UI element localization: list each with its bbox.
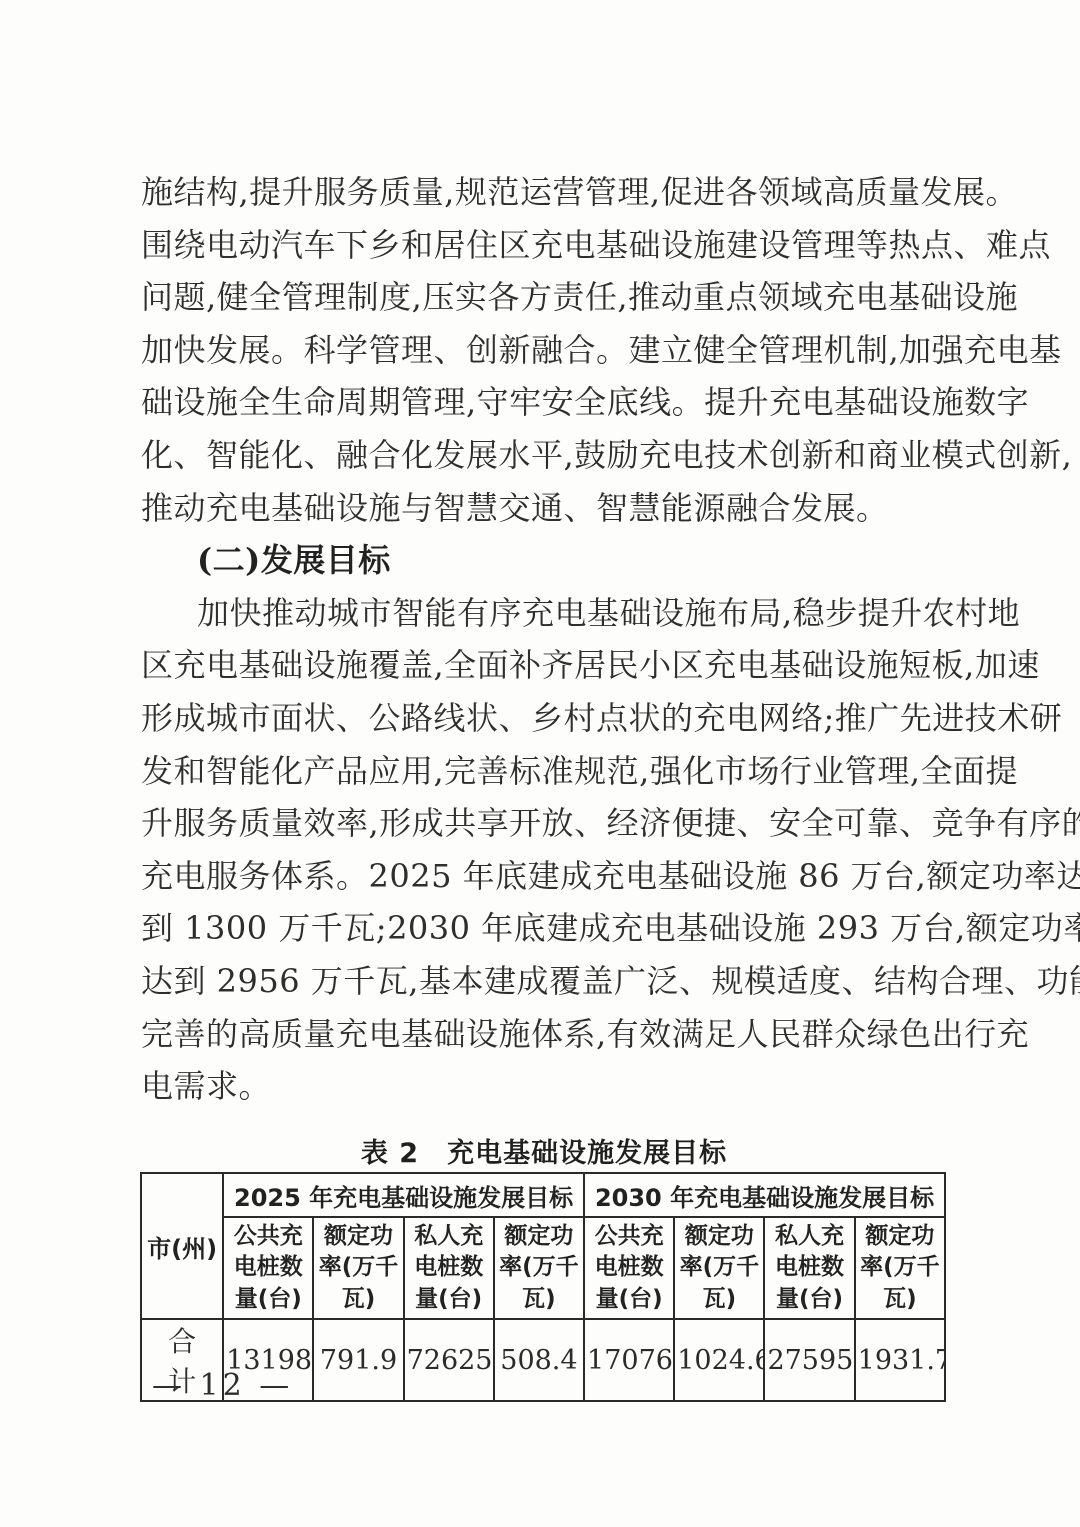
value-cell: 1931.7 — [855, 1319, 945, 1401]
page-number: — 12 — — [152, 1368, 293, 1403]
paragraph-line: 区充电基础设施覆盖,全面补齐居民小区充电基础设施短板,加速 — [141, 639, 947, 692]
value-cell: 170765 — [584, 1319, 674, 1401]
paragraph-line: 推动充电基础设施与智慧交通、智慧能源融合发展。 — [141, 482, 947, 535]
value-cell: 726259 — [404, 1319, 494, 1401]
section-heading: (二)发展目标 — [141, 534, 947, 587]
paragraph-line: 础设施全生命周期管理,守牢安全底线。提升充电基础设施数字 — [141, 376, 947, 429]
value-cell: 2759529 — [764, 1319, 854, 1401]
paragraph-line: 达到 2956 万千瓦,基本建成覆盖广泛、规模适度、结构合理、功能 — [141, 955, 947, 1008]
corner-header-region: 市(州) — [141, 1173, 223, 1319]
paragraph-line: 形成城市面状、公路线状、乡村点状的充电网络;推广先进技术研 — [141, 692, 947, 745]
value-cell: 508.4 — [494, 1319, 584, 1401]
paragraph-line: 充电服务体系。2025 年底建成充电基础设施 86 万台,额定功率达 — [141, 850, 947, 903]
column-header-private-piles-2030: 私人充电桩数量(台) — [764, 1217, 854, 1319]
body-text: 施结构,提升服务质量,规范运营管理,促进各领域高质量发展。 围绕电动汽车下乡和居… — [141, 166, 947, 1113]
paragraph-line: 电需求。 — [141, 1060, 947, 1113]
paragraph-line: 问题,健全管理制度,压实各方责任,推动重点领域充电基础设施 — [141, 271, 947, 324]
paragraph-line: 升服务质量效率,形成共享开放、经济便捷、安全可靠、竞争有序的 — [141, 797, 947, 850]
column-header-rated-power2-2025: 额定功率(万千瓦) — [494, 1217, 584, 1319]
paragraph-line: 加快推动城市智能有序充电基础设施布局,稳步提升农村地 — [141, 587, 947, 640]
column-header-rated-power2-2030: 额定功率(万千瓦) — [855, 1217, 945, 1319]
column-header-private-piles-2025: 私人充电桩数量(台) — [404, 1217, 494, 1319]
group-header-2025: 2025 年充电基础设施发展目标 — [223, 1173, 584, 1217]
group-header-2030: 2030 年充电基础设施发展目标 — [584, 1173, 945, 1217]
table-title: 表 2 充电基础设施发展目标 — [141, 1131, 947, 1170]
document-page: 施结构,提升服务质量,规范运营管理,促进各领域高质量发展。 围绕电动汽车下乡和居… — [0, 0, 1080, 1527]
column-header-public-piles-2025: 公共充电桩数量(台) — [223, 1217, 313, 1319]
column-header-public-piles-2030: 公共充电桩数量(台) — [584, 1217, 674, 1319]
column-header-rated-power-2030: 额定功率(万千瓦) — [674, 1217, 764, 1319]
paragraph-line: 化、智能化、融合化发展水平,鼓励充电技术创新和商业模式创新, — [141, 429, 947, 482]
paragraph-line: 发和智能化产品应用,完善标准规范,强化市场行业管理,全面提 — [141, 745, 947, 798]
value-cell: 791.9 — [313, 1319, 403, 1401]
paragraph-line: 加快发展。科学管理、创新融合。建立健全管理机制,加强充电基 — [141, 324, 947, 377]
paragraph-line: 到 1300 万千瓦;2030 年底建成充电基础设施 293 万台,额定功率 — [141, 902, 947, 955]
column-header-rated-power-2025: 额定功率(万千瓦) — [313, 1217, 403, 1319]
paragraph-line: 围绕电动汽车下乡和居住区充电基础设施建设管理等热点、难点 — [141, 219, 947, 272]
paragraph-line: 施结构,提升服务质量,规范运营管理,促进各领域高质量发展。 — [141, 166, 947, 219]
paragraph-line: 完善的高质量充电基础设施体系,有效满足人民群众绿色出行充 — [141, 1008, 947, 1061]
value-cell: 1024.6 — [674, 1319, 764, 1401]
